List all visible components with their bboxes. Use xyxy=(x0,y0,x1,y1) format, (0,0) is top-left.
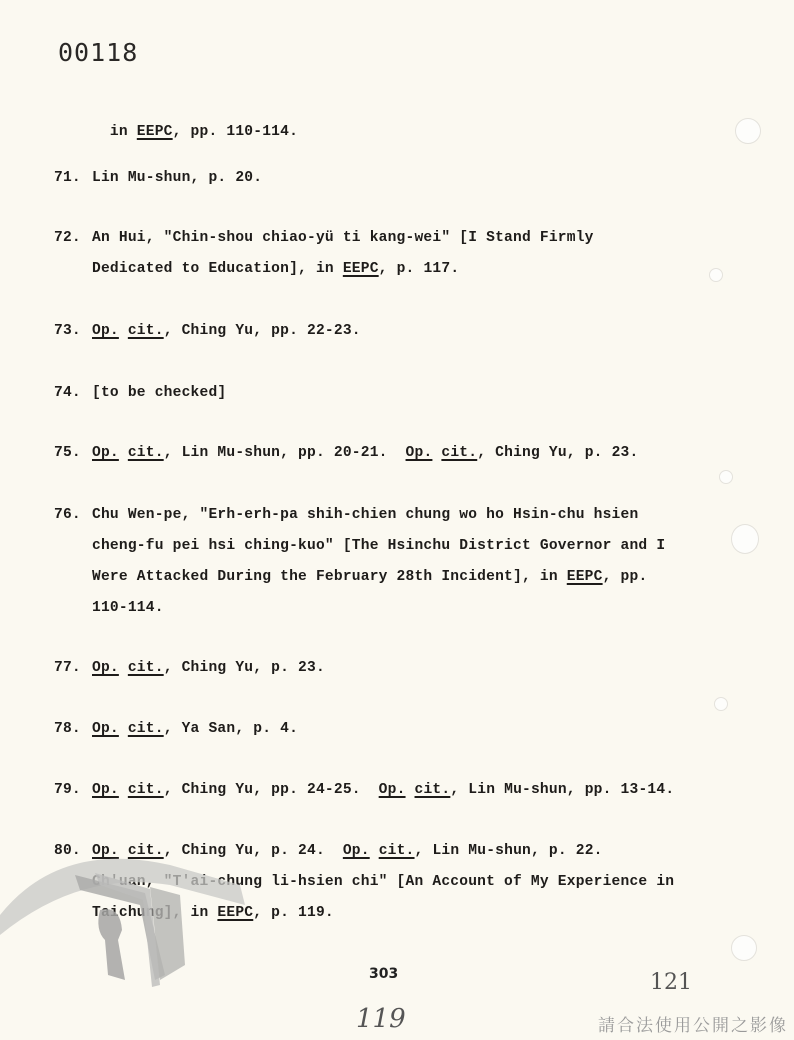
footnote-text: , Ching Yu, pp. 24-25. xyxy=(164,782,379,798)
archive-logo-icon xyxy=(0,845,260,995)
punch-hole xyxy=(731,935,757,961)
page-id: 00118 xyxy=(58,38,138,67)
underlined-term: Op. xyxy=(379,782,406,798)
footnote-text: , p. 119. xyxy=(253,905,334,921)
footnote-text: 110-114. xyxy=(92,600,164,616)
footnote-text xyxy=(119,721,128,737)
punch-hole xyxy=(731,524,759,554)
footnote-text: Chu Wen-pe, "Erh-erh-pa shih-chien chung… xyxy=(92,507,638,523)
footnote-number: 76. xyxy=(54,507,92,523)
footnote-text: , Ching Yu, p. 23. xyxy=(164,660,325,676)
handwritten-number-right: 121 xyxy=(650,970,692,995)
underlined-term: cit. xyxy=(128,782,164,798)
underlined-term: EEPC xyxy=(343,261,379,277)
footnote-text: , p. 117. xyxy=(379,261,460,277)
underlined-term: EEPC xyxy=(567,569,603,585)
footnote-text: , pp. xyxy=(603,569,648,585)
underlined-term: cit. xyxy=(128,660,164,676)
page-number: 303 xyxy=(369,966,398,982)
footnote-line: 78.Op. cit., Ya San, p. 4. xyxy=(54,721,298,737)
underlined-term: Op. xyxy=(92,721,119,737)
underlined-term: Op. xyxy=(343,843,370,859)
underlined-term: Op. xyxy=(92,323,119,339)
punch-hole xyxy=(714,697,728,711)
footnote-number: 72. xyxy=(54,230,92,246)
footnote-text: , Lin Mu-shun, pp. 13-14. xyxy=(450,782,674,798)
footnote-line: 77.Op. cit., Ching Yu, p. 23. xyxy=(54,660,325,676)
punch-hole xyxy=(719,470,733,484)
underlined-term: Op. xyxy=(406,445,433,461)
footnote-text: Dedicated to Education], in xyxy=(92,261,343,277)
footnote-line: cheng-fu pei hsi ching-kuo" [The Hsinchu… xyxy=(92,538,665,554)
footnote-line: 79.Op. cit., Ching Yu, pp. 24-25. Op. ci… xyxy=(54,782,674,798)
footnote-text: , Lin Mu-shun, pp. 20-21. xyxy=(164,445,406,461)
footnote-line: 110-114. xyxy=(92,600,164,616)
footnote-text: , Ching Yu, p. 23. xyxy=(477,445,638,461)
footnote-number: 73. xyxy=(54,323,92,339)
footnote-text xyxy=(406,782,415,798)
footnote-text xyxy=(119,660,128,676)
underlined-term: cit. xyxy=(379,843,415,859)
footnote-number: 75. xyxy=(54,445,92,461)
footnote-text: Lin Mu-shun, p. 20. xyxy=(92,170,262,186)
underlined-term: cit. xyxy=(128,323,164,339)
footnote-text: , Ching Yu, pp. 22-23. xyxy=(164,323,361,339)
footnote-text: , Ya San, p. 4. xyxy=(164,721,298,737)
punch-hole xyxy=(709,268,723,282)
footnote-line: 72.An Hui, "Chin-shou chiao-yü ti kang-w… xyxy=(54,230,594,246)
footnote-number: 78. xyxy=(54,721,92,737)
footnote-number: 74. xyxy=(54,385,92,401)
source-abbrev: EEPC xyxy=(137,124,173,140)
underlined-term: Op. xyxy=(92,445,119,461)
underlined-term: cit. xyxy=(441,445,477,461)
footnote-line: 74.[to be checked] xyxy=(54,385,226,401)
footnote-text xyxy=(370,843,379,859)
punch-hole xyxy=(735,118,761,144)
footnote-line: 73.Op. cit., Ching Yu, pp. 22-23. xyxy=(54,323,361,339)
footnote-number: 79. xyxy=(54,782,92,798)
underlined-term: Op. xyxy=(92,782,119,798)
footnote-line: 71.Lin Mu-shun, p. 20. xyxy=(54,170,262,186)
footnote-text xyxy=(119,323,128,339)
footnote-text: , Lin Mu-shun, p. 22. xyxy=(415,843,603,859)
underlined-term: Op. xyxy=(92,660,119,676)
continuation-line: in EEPC, pp. 110-114. xyxy=(92,108,298,140)
footnote-text xyxy=(119,782,128,798)
underlined-term: cit. xyxy=(128,445,164,461)
footnote-line: Were Attacked During the February 28th I… xyxy=(92,569,647,585)
footnote-line: Dedicated to Education], in EEPC, p. 117… xyxy=(92,261,459,277)
underlined-term: cit. xyxy=(415,782,451,798)
footnote-text: cheng-fu pei hsi ching-kuo" [The Hsinchu… xyxy=(92,538,665,554)
watermark-text: 請合法使用公開之影像 xyxy=(598,1011,788,1036)
handwritten-number-left: 119 xyxy=(356,1004,406,1034)
footnote-text: An Hui, "Chin-shou chiao-yü ti kang-wei"… xyxy=(92,230,594,246)
footnote-text: Were Attacked During the February 28th I… xyxy=(92,569,567,585)
footnote-line: 76.Chu Wen-pe, "Erh-erh-pa shih-chien ch… xyxy=(54,507,638,523)
underlined-term: cit. xyxy=(128,721,164,737)
footnote-text: [to be checked] xyxy=(92,385,226,401)
footnote-line: 75.Op. cit., Lin Mu-shun, pp. 20-21. Op.… xyxy=(54,445,638,461)
footnote-number: 71. xyxy=(54,170,92,186)
footnote-text xyxy=(119,445,128,461)
footnote-number: 77. xyxy=(54,660,92,676)
